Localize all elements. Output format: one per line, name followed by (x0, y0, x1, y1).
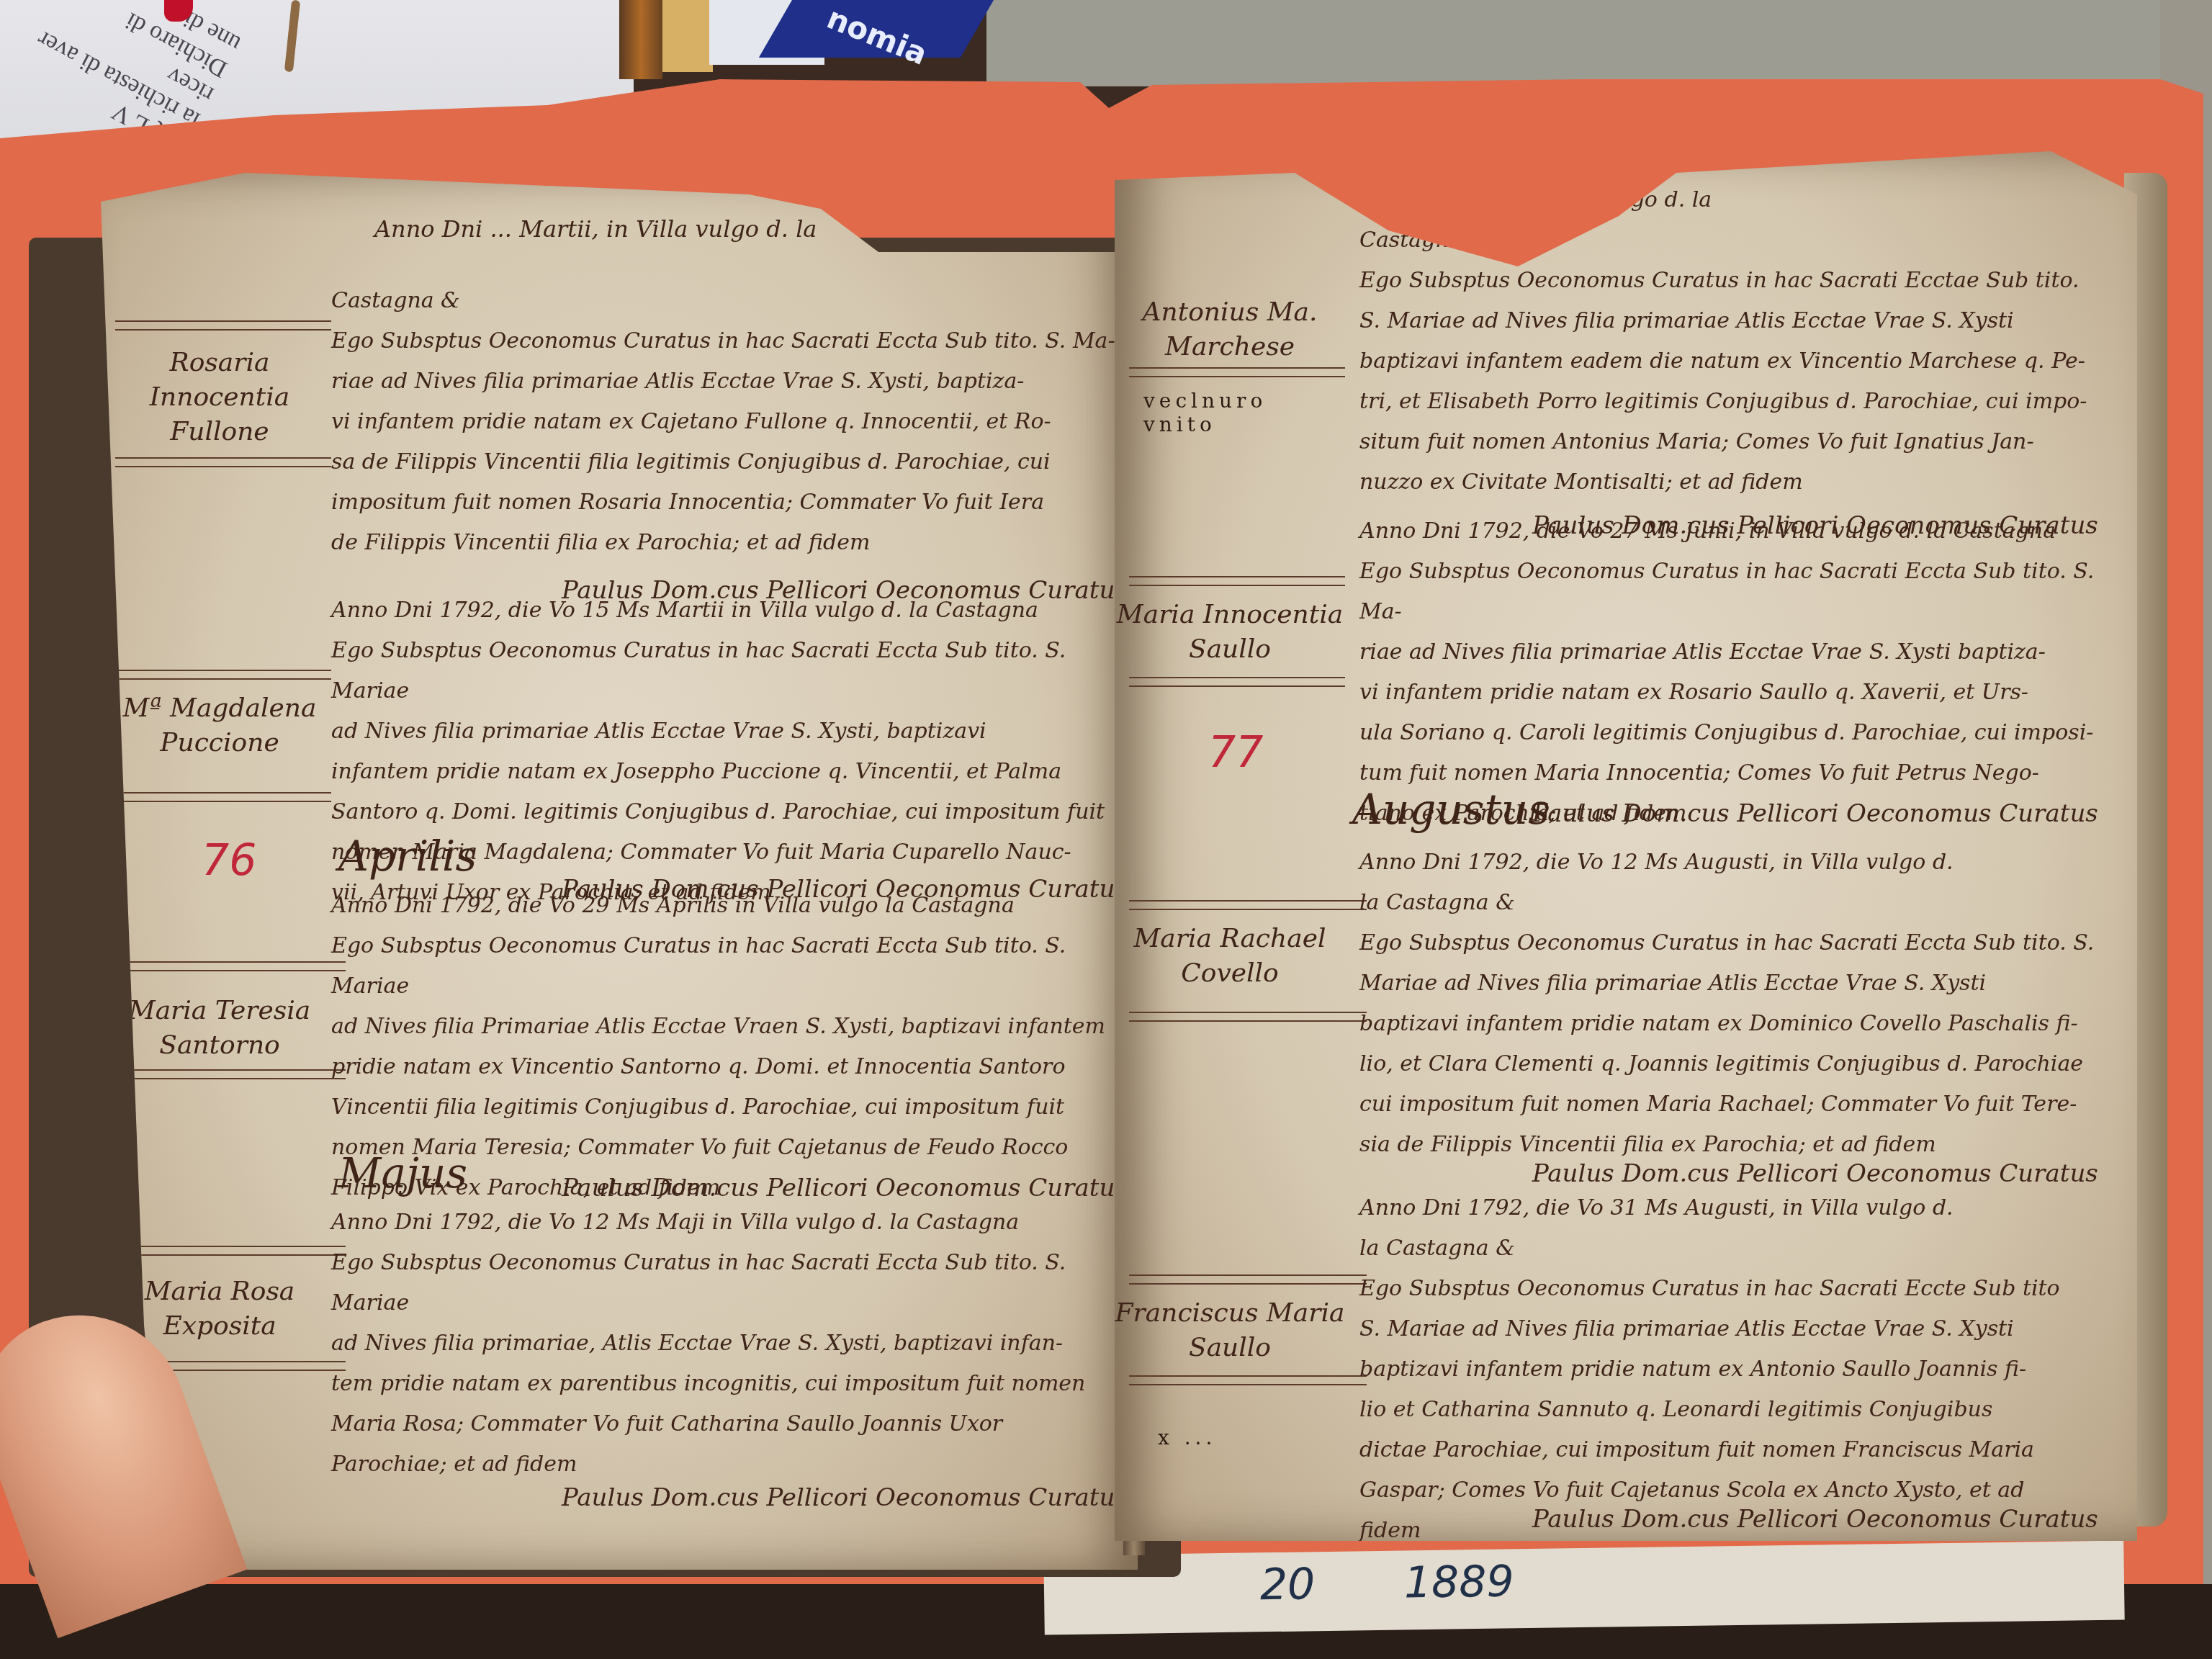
baptism-entry-text: Anno Dni 1792, die Vo 31 Ms Augusti, in … (1359, 1188, 2123, 1541)
margin-name: Antonius Ma. Marchese (1115, 295, 1345, 364)
margin-rule (1129, 367, 1345, 377)
signature: Paulus Dom.cus Pellicori Oeconomus Curat… (562, 1483, 1128, 1512)
folio-number: 77 (1208, 727, 1263, 778)
margin-rule (115, 792, 331, 802)
baptism-entry-text: Anno Dni 1792, die Vo 12 Ms Maji in Vill… (331, 1202, 1130, 1485)
margin-rule (115, 1069, 346, 1079)
signature: Paulus Dom.cus Pellicori Oeconomus Curat… (562, 1174, 1128, 1202)
margin-name: Mª Magdalena Puccione (101, 691, 338, 760)
left-page: Anno Dni ... Martii, in Villa vulgo d. l… (101, 173, 1138, 1570)
margin-rule (1129, 576, 1345, 586)
archive-number-left: 20 (1259, 1559, 1315, 1610)
margin-rule (115, 1246, 346, 1256)
folio-number: 76 (202, 835, 256, 886)
signature: Paulus Dom.cus Pellicori Oeconomus Curat… (1532, 799, 2098, 828)
folder-gold (662, 0, 713, 72)
margin-rule (115, 961, 346, 971)
archive-label-paper: 20 1889 (1043, 1541, 2124, 1635)
margin-rule (115, 457, 331, 467)
margin-rule (1129, 677, 1345, 687)
baptism-entry-text: Castagna & Ego Subsptus Oeconomus Curatu… (331, 281, 1130, 563)
baptism-entry-text: Anno Dni 1792, die Vo 12 Ms Augusti, in … (1359, 842, 2123, 1165)
margin-annotation: veclnuro vnito (1143, 389, 1316, 436)
background-grey (986, 0, 2212, 86)
signature: Paulus Dom.cus Pellicori Oeconomus Curat… (1532, 1505, 2098, 1534)
folder-spine (619, 0, 662, 79)
margin-name: Maria Rachael Covello (1115, 922, 1345, 991)
margin-rule (1129, 900, 1367, 910)
margin-name: Franciscus Maria Saullo (1115, 1296, 1345, 1365)
margin-rule (115, 670, 331, 680)
month-heading: Aprilis (338, 832, 477, 881)
month-heading: Majus (338, 1148, 467, 1197)
margin-rule (1129, 1012, 1367, 1022)
margin-rule (1129, 1274, 1367, 1285)
month-heading: Augustus (1352, 785, 1550, 834)
archive-number-right: 1889 (1403, 1556, 1514, 1608)
margin-name: Rosaria Innocentia Fullone (101, 346, 338, 449)
margin-rule (1129, 1375, 1367, 1385)
margin-name: Maria Innocentia Saullo (1115, 598, 1345, 667)
signature: Paulus Dom.cus Pellicori Oeconomus Curat… (1532, 1159, 2098, 1188)
right-page: Antonius Ma. Marchese veclnuro vnito Ann… (1115, 151, 2137, 1541)
margin-rule (115, 320, 331, 331)
margin-name: Maria Teresia Santorno (101, 994, 338, 1063)
margin-annotation: x ... (1158, 1426, 1345, 1449)
